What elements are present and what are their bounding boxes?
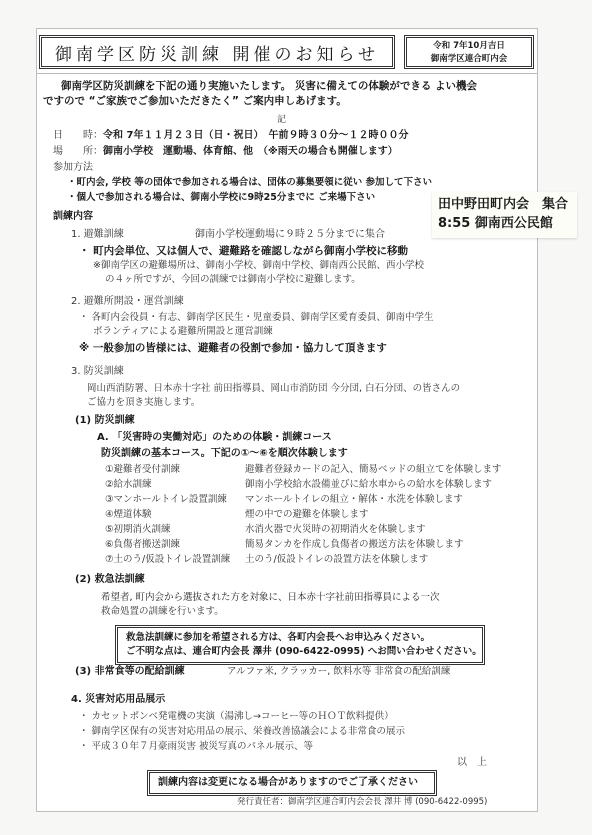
change-notice-box: 訓練内容は変更になる場合がありますのでご了承ください — [147, 770, 437, 796]
schedule-date: 日 時：令和 7年１１月２３日（日・祝日） 午前９時３０分～１２時００分 — [53, 129, 408, 143]
course-desc: 避難者登録カードの記入、簡易ベッドの組立てを体験します — [245, 464, 502, 475]
exhibit-item: ・ 御南学区保有の災害対応用品の展示、栄養改善協議会による非常食の展示 — [79, 725, 405, 739]
ki-label: 記 — [277, 113, 286, 127]
sticky-note: 田中野田町内会 集合 8:55 御南西公民館 — [432, 192, 577, 238]
place-value: 御南小学校 運動場、体育館、他 （※雨天の場合も開催します） — [103, 146, 398, 157]
course-desc: 簡易タンカを作成し負傷者の搬送方法を体験します — [245, 539, 464, 550]
place-label: 場 所： — [53, 146, 103, 157]
course-name: ⑥負傷者搬送訓練 — [105, 538, 245, 552]
section-2-note: ※ 一般参加の皆様には、避難者の役割で参加・協力して頂きます — [79, 341, 387, 355]
closing-text: 以 上 — [457, 756, 487, 770]
course-desc: マンホールトイレの組立・解体・水洗を体験します — [245, 494, 463, 505]
change-notice-text: 訓練内容は変更になる場合がありますのでご了承ください — [158, 777, 418, 788]
section-3-desc: ご協力を頂き実施します。 — [87, 396, 200, 410]
subsection-3-desc: アルファ米, クラッカー, 飲料水等 非常食の配給訓練 — [227, 665, 450, 679]
course-row: ⑦土のう/仮設トイレ設置訓練土のう/仮設トイレの設置方法を体験します — [105, 553, 428, 567]
section-1-note: ※御南学区の避難場所は、御南小学校、御南中学校、御南西公民館、西小学校 — [93, 259, 424, 273]
participation-item: ・町内会, 学校 等の団体で参加される場合は、団体の募集要領に従い 参加して下さ… — [67, 176, 432, 190]
issue-date: 令和 7年10月吉日 — [407, 40, 531, 53]
section-4-title: 4. 災害対応用品展示 — [71, 693, 165, 707]
course-name: ④煙道体験 — [105, 508, 245, 522]
course-row: ②給水訓練御南小学校給水設備並びに給水車からの給水を体験します — [105, 478, 492, 492]
course-row: ⑤初期消火訓練水消火器で火災時の初期消火を体験します — [105, 523, 426, 537]
date-label: 日 時： — [53, 130, 103, 141]
title-box: 御南学区防災訓練 開催のお知らせ — [39, 35, 395, 69]
section-1-title: 1. 避難訓練 — [71, 228, 124, 242]
course-row: ④煙道体験煙の中での避難を体験します — [105, 508, 369, 522]
participation-heading: 参加方法 — [53, 161, 93, 175]
intro-line-1: 御南学区防災訓練を下記の通り実施いたします。 災害に備えての体験ができる よい機… — [61, 79, 477, 93]
section-1-note: の４ヶ所ですが、今回の訓練では御南小学校に避難します。 — [105, 273, 361, 287]
section-1-detail: 御南小学校運動場に９時２５分までに集合 — [195, 228, 385, 242]
exhibit-item: ・ 平成３０年７月豪雨災害 被災写真のパネル展示、等 — [79, 740, 313, 754]
first-aid-signup-box: 救急法訓練に参加を希望される方は、各町内会長へお申込みください。 ご不明な点は、… — [115, 625, 485, 665]
course-desc: 煙の中での避難を体験します — [245, 509, 369, 520]
intro-line-2: ですので “ご家族でご参加いただきたく” ご案内申しあげます。 — [43, 94, 347, 108]
issuer-name: 御南学区連合町内会 — [407, 53, 531, 66]
course-name: ⑦土のう/仮設トイレ設置訓練 — [105, 553, 245, 567]
contact-line: ご不明な点は、連合町内会長 澤井 (090-6422-0995) へお問い合わせ… — [126, 645, 474, 659]
course-row: ①避難者受付訓練避難者登録カードの記入、簡易ベッドの組立てを体験します — [105, 463, 502, 477]
course-name: ②給水訓練 — [105, 478, 245, 492]
publisher-line: 発行責任者：御南学区連合町内会会長 澤井 博 (090-6422-0995) — [237, 795, 487, 809]
sticky-note-line-1: 田中野田町内会 集合 — [438, 195, 571, 214]
section-2-title: 2. 避難所開設・運営訓練 — [71, 295, 184, 309]
subsection-1-title: (1) 防災訓練 — [75, 414, 135, 428]
date-value: 令和 7年１１月２３日（日・祝日） 午前９時３０分～１２時００分 — [103, 130, 408, 141]
document-title: 御南学区防災訓練 開催のお知らせ — [55, 40, 379, 65]
course-desc: 土のう/仮設トイレの設置方法を体験します — [245, 554, 428, 565]
section-3-desc: 岡山西消防署、日本赤十字社 前田指導員、岡山市消防団 今分団, 白石分団、の皆さ… — [87, 382, 460, 396]
course-name: ③マンホールトイレ設置訓練 — [105, 493, 245, 507]
training-heading: 訓練内容 — [53, 210, 93, 224]
section-1-bullet: ・ 町内会単位、又は個人で、避難路を確認しながら御南小学校に移動 — [79, 244, 408, 258]
section-2-bullet: ボランティアによる避難所開設と運営訓練 — [93, 325, 273, 339]
issuer-box: 令和 7年10月吉日 御南学区連合町内会 — [404, 35, 534, 69]
subsection-2-title: (2) 救急法訓練 — [75, 573, 145, 587]
participation-item: ・個人で参加される場合は、御南小学校に9時25分までに ご来場下さい — [67, 191, 375, 205]
notice-document: 御南学区防災訓練 開催のお知らせ 令和 7年10月吉日 御南学区連合町内会 御南… — [36, 28, 538, 812]
subsection-3-title: (3) 非常食等の配給訓練 — [75, 665, 185, 679]
section-2-bullet: ・ 各町内会役員・有志、御南学区民生・児童委員、御南学区愛育委員、御南中学生 — [79, 311, 434, 325]
exhibit-item: ・ カセットボンベ発電機の実演（湯沸し→コーヒー等のＨＯＴ飲料提供） — [79, 710, 394, 724]
course-desc: 水消火器で火災時の初期消火を体験します — [245, 524, 426, 535]
basic-course-text: 防災訓練の基本コース。下記の①～⑥を順次体験します — [101, 447, 348, 461]
subsection-2-desc: 希望者, 町内会から選抜された方を対象に、日本赤十字社前田指導員による一次 — [101, 591, 440, 605]
signup-line: 救急法訓練に参加を希望される方は、各町内会長へお申込みください。 — [126, 631, 474, 645]
course-name: ①避難者受付訓練 — [105, 463, 245, 477]
course-a-title: A. 「災害時の実働対応」のための体験・訓練コース — [97, 431, 332, 445]
sticky-note-line-2: 8:55 御南西公民館 — [438, 214, 571, 233]
course-name: ⑤初期消火訓練 — [105, 523, 245, 537]
course-row: ③マンホールトイレ設置訓練マンホールトイレの組立・解体・水洗を体験します — [105, 493, 463, 507]
course-row: ⑥負傷者搬送訓練簡易タンカを作成し負傷者の搬送方法を体験します — [105, 538, 464, 552]
schedule-place: 場 所：御南小学校 運動場、体育館、他 （※雨天の場合も開催します） — [53, 145, 398, 159]
course-desc: 御南小学校給水設備並びに給水車からの給水を体験します — [245, 479, 492, 490]
section-3-title: 3. 防災訓練 — [71, 365, 124, 379]
subsection-2-desc: 救命処置の訓練を行います。 — [101, 605, 224, 619]
document-header: 御南学区防災訓練 開催のお知らせ 令和 7年10月吉日 御南学区連合町内会 — [37, 29, 537, 74]
